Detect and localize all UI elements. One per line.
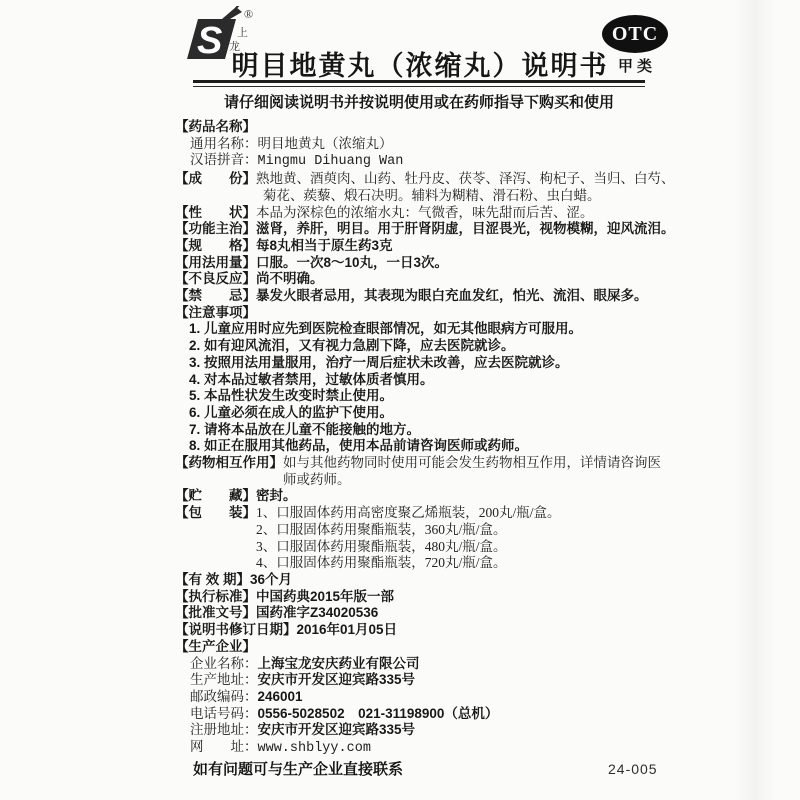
text-run: 【成 份】	[175, 171, 256, 186]
text-run: 8. 如正在服用其他药品，使用本品前请咨询医师或药师。	[189, 438, 528, 453]
body-line: 【禁 忌】暴发火眼者忌用，其表现为眼白充血发红，怕光、流泪、眼屎多。	[175, 288, 793, 305]
leaflet-page: S ® 上 龙 OTC 甲类 明目地黄丸（浓缩丸）说明书 请仔细阅读说明书并按说…	[0, 0, 800, 800]
text-run: 明目地黄丸（浓缩丸）	[258, 136, 393, 151]
text-run: 【生产企业】	[175, 639, 256, 654]
text-run: 3. 按照用法用量服用，治疗一周后症状未改善，应去医院就诊。	[189, 355, 569, 370]
logo-brand-char-top: 上	[237, 25, 248, 39]
body-line: 【批准文号】国药准字Z34020536	[175, 605, 793, 622]
text-run: 师或药师。	[283, 472, 351, 487]
body-line: 2. 如有迎风流泪，又有视力急剧下降，应去医院就诊。	[175, 338, 793, 355]
body-line: 【用法用量】口服。一次8～10丸，一日3次。	[175, 255, 793, 272]
usage-notice: 请仔细阅读说明书并按说明使用或在药师指导下购买和使用	[175, 91, 663, 112]
text-run: 暴发火眼者忌用，其表现为眼白充血发红，怕光、流泪、眼屎多。	[256, 288, 648, 303]
body-line: 2、口服固体药用聚酯瓶装，360丸/瓶/盒。	[175, 522, 793, 539]
body-line: 邮政编码：246001	[175, 689, 793, 706]
body-line: 【成 份】熟地黄、酒萸肉、山药、牡丹皮、茯苓、泽泻、枸杞子、当归、白芍、	[175, 171, 793, 188]
body-line: 【生产企业】	[175, 639, 793, 656]
text-run: www.shblyy.com	[258, 741, 371, 756]
text-run: 【注意事项】	[175, 305, 256, 320]
text-run: 熟地黄、酒萸肉、山药、牡丹皮、茯苓、泽泻、枸杞子、当归、白芍、	[256, 171, 675, 186]
text-run: 【规 格】	[175, 238, 256, 253]
text-run: 【药物相互作用】	[175, 455, 283, 470]
text-run: 36个月	[250, 572, 292, 587]
title-divider	[193, 80, 645, 83]
text-run: 企业名称：	[190, 656, 258, 671]
body-line: 【功能主治】滋肾，养肝，明目。用于肝肾阴虚，目涩畏光，视物模糊，迎风流泪。	[175, 221, 793, 238]
page-title: 明目地黄丸（浓缩丸）说明书	[190, 44, 650, 83]
text-run: 邮政编码：	[190, 689, 258, 704]
text-run: 密封。	[256, 488, 297, 503]
text-run: 0556-5028502 021-31198900（总机）	[258, 706, 499, 721]
text-run: 通用名称：	[190, 136, 258, 151]
text-run: 【贮 藏】	[175, 488, 256, 503]
body-line: 7. 请将本品放在儿童不能接触的地方。	[175, 422, 793, 439]
otc-label: OTC	[612, 23, 658, 46]
body-line: 【有 效 期】36个月	[175, 572, 793, 589]
text-run: 2、口服固体药用聚酯瓶装，360丸/瓶/盒。	[256, 522, 507, 537]
text-run: 【包 装】	[175, 505, 256, 520]
text-run: 4. 对本品过敏者禁用，过敏体质者慎用。	[189, 372, 434, 387]
text-run: 【性 状】	[175, 205, 256, 220]
text-run: 安庆市开发区迎宾路335号	[258, 672, 416, 687]
text-run: 电话号码：	[190, 706, 258, 721]
text-run: 生产地址：	[190, 672, 258, 687]
body-line: 师或药师。	[175, 472, 793, 489]
footer-contact-note: 如有问题可与生产企业直接联系	[193, 758, 403, 779]
footer-code: 24-005	[608, 761, 658, 777]
text-run: 中国药典2015年版一部	[256, 589, 394, 604]
body-line: 8. 如正在服用其他药品，使用本品前请咨询医师或药师。	[175, 438, 793, 455]
text-run: 【执行标准】	[175, 589, 256, 604]
body-line: 5. 本品性状发生改变时禁止使用。	[175, 388, 793, 405]
body-line: 【贮 藏】密封。	[175, 488, 793, 505]
body-line: 通用名称：明目地黄丸（浓缩丸）	[175, 136, 793, 153]
text-run: 3、口服固体药用聚酯瓶装，480丸/瓶/盒。	[256, 539, 507, 554]
text-run: 本品为深棕色的浓缩水丸：气微香，味先甜而后苦、涩。	[256, 205, 594, 220]
text-run: 尚不明确。	[256, 271, 324, 286]
body-line: 【说明书修订日期】2016年01月05日	[175, 622, 793, 639]
text-run: Mingmu Dihuang Wan	[258, 154, 404, 169]
text-run: 2016年01月05日	[297, 622, 398, 637]
text-run: 安庆市开发区迎宾路335号	[258, 722, 416, 737]
body-line: 4、口服固体药用聚酯瓶装，720丸/瓶/盒。	[175, 555, 793, 572]
text-run: 4、口服固体药用聚酯瓶装，720丸/瓶/盒。	[256, 555, 507, 570]
body-line: 4. 对本品过敏者禁用，过敏体质者慎用。	[175, 372, 793, 389]
text-run: 5. 本品性状发生改变时禁止使用。	[189, 388, 393, 403]
text-run: 7. 请将本品放在儿童不能接触的地方。	[189, 422, 420, 437]
text-run: 1. 儿童应用时应先到医院检查眼部情况，如无其他眼病方可服用。	[189, 321, 582, 336]
text-run: 6. 儿童必须在成人的监护下使用。	[189, 405, 393, 420]
text-run: 口服。一次8～10丸，一日3次。	[256, 255, 448, 270]
text-run: 如与其他药物同时使用可能会发生药物相互作用，详情请咨询医	[283, 455, 661, 470]
text-run: 【功能主治】	[175, 221, 256, 236]
text-run: 上海宝龙安庆药业有限公司	[258, 656, 420, 671]
text-run: 【不良反应】	[175, 271, 256, 286]
body-line: 电话号码：0556-5028502 021-31198900（总机）	[175, 706, 793, 723]
body-line: 【包 装】1、口服固体药用高密度聚乙烯瓶装，200丸/瓶/盒。	[175, 505, 793, 522]
registered-mark-icon: ®	[244, 7, 253, 21]
text-run: 【用法用量】	[175, 255, 256, 270]
text-run: 【有 效 期】	[175, 572, 250, 587]
body-line: 汉语拼音：Mingmu Dihuang Wan	[175, 152, 793, 171]
body-line: 6. 儿童必须在成人的监护下使用。	[175, 405, 793, 422]
body-line: 企业名称：上海宝龙安庆药业有限公司	[175, 656, 793, 673]
body-lines: 【药品名称】通用名称：明目地黄丸（浓缩丸）汉语拼音：Mingmu Dihuang…	[175, 119, 793, 758]
text-run: 2. 如有迎风流泪，又有视力急剧下降，应去医院就诊。	[189, 338, 515, 353]
text-run: 注册地址：	[190, 722, 258, 737]
body-line: 【执行标准】中国药典2015年版一部	[175, 589, 793, 606]
body-line: 【性 状】本品为深棕色的浓缩水丸：气微香，味先甜而后苦、涩。	[175, 205, 793, 222]
body-line: 网 址：www.shblyy.com	[175, 739, 793, 758]
text-run: 网 址：	[190, 739, 258, 754]
body-line: 【规 格】每8丸相当于原生药3克	[175, 238, 793, 255]
body-line: 注册地址：安庆市开发区迎宾路335号	[175, 722, 793, 739]
body-line: 【注意事项】	[175, 305, 793, 322]
text-run: 国药准字Z34020536	[256, 605, 378, 620]
body-line: 1. 儿童应用时应先到医院检查眼部情况，如无其他眼病方可服用。	[175, 321, 793, 338]
text-run: 【说明书修订日期】	[175, 622, 297, 637]
body-line: 3、口服固体药用聚酯瓶装，480丸/瓶/盒。	[175, 539, 793, 556]
text-run: 滋肾，养肝，明目。用于肝肾阴虚，目涩畏光，视物模糊，迎风流泪。	[256, 221, 675, 236]
text-run: 菊花、蒺藜、煅石决明。辅料为糊精、滑石粉、虫白蜡。	[263, 188, 601, 203]
body-line: 【药品名称】	[175, 119, 793, 136]
body-line: 菊花、蒺藜、煅石决明。辅料为糊精、滑石粉、虫白蜡。	[175, 188, 793, 205]
body-line: 3. 按照用法用量服用，治疗一周后症状未改善，应去医院就诊。	[175, 355, 793, 372]
text-run: 每8丸相当于原生药3克	[256, 238, 393, 253]
body-line: 【药物相互作用】如与其他药物同时使用可能会发生药物相互作用，详情请咨询医	[175, 455, 793, 472]
text-run: 【禁 忌】	[175, 288, 256, 303]
body-line: 生产地址：安庆市开发区迎宾路335号	[175, 672, 793, 689]
text-run: 【药品名称】	[175, 119, 256, 134]
text-run: 246001	[258, 689, 303, 704]
title-divider-thin	[193, 86, 645, 87]
text-run: 汉语拼音：	[190, 152, 258, 167]
text-run: 【批准文号】	[175, 605, 256, 620]
text-run: 1、口服固体药用高密度聚乙烯瓶装，200丸/瓶/盒。	[256, 505, 561, 520]
body-line: 【不良反应】尚不明确。	[175, 271, 793, 288]
